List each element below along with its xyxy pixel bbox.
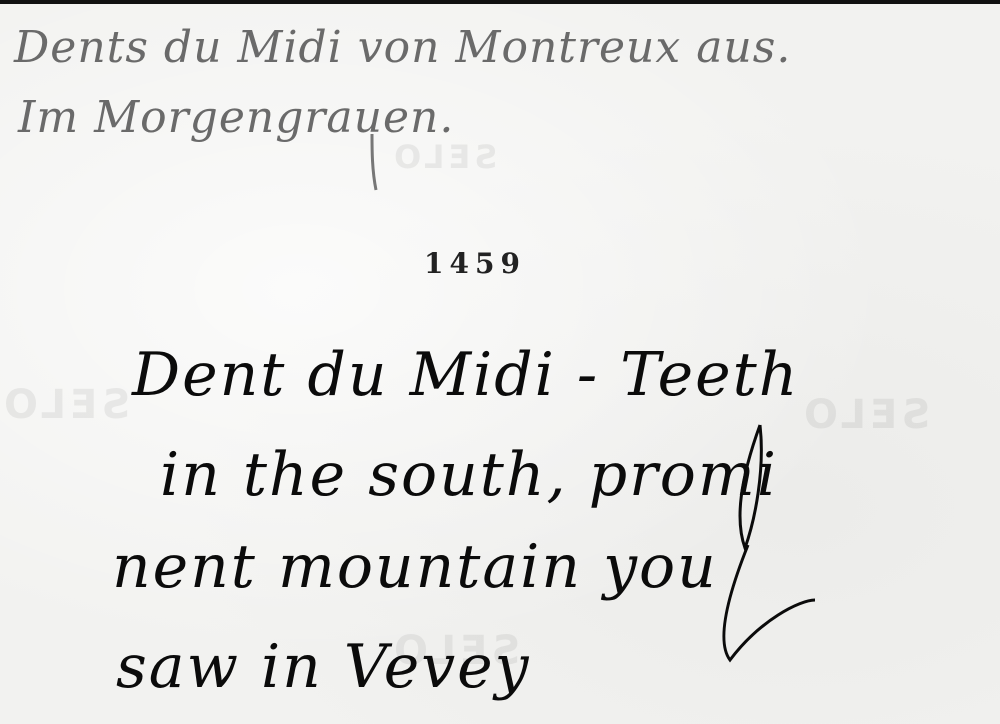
ghost-stamp: SELO — [800, 392, 930, 438]
pencil-note-line-2: Im Morgengrauen. — [18, 92, 454, 143]
ghost-stamp: SELO — [0, 382, 130, 428]
photo-back-paper: SELO SELO SELO SELO Dents du Midi von Mo… — [0, 0, 1000, 724]
ghost-stamp: SELO — [390, 138, 497, 176]
pencil-note-line-1: Dents du Midi von Montreux aus. — [14, 22, 791, 73]
scan-top-edge — [0, 0, 1000, 4]
ink-note-line-3: nent mountain you — [112, 532, 718, 602]
ink-note-line-2: in the south, promi — [160, 440, 778, 510]
catalog-number: 1459 — [424, 247, 526, 280]
ink-note-line-4: saw in Vevey — [116, 632, 531, 702]
ink-note-line-1: Dent du Midi - Teeth — [132, 340, 799, 410]
